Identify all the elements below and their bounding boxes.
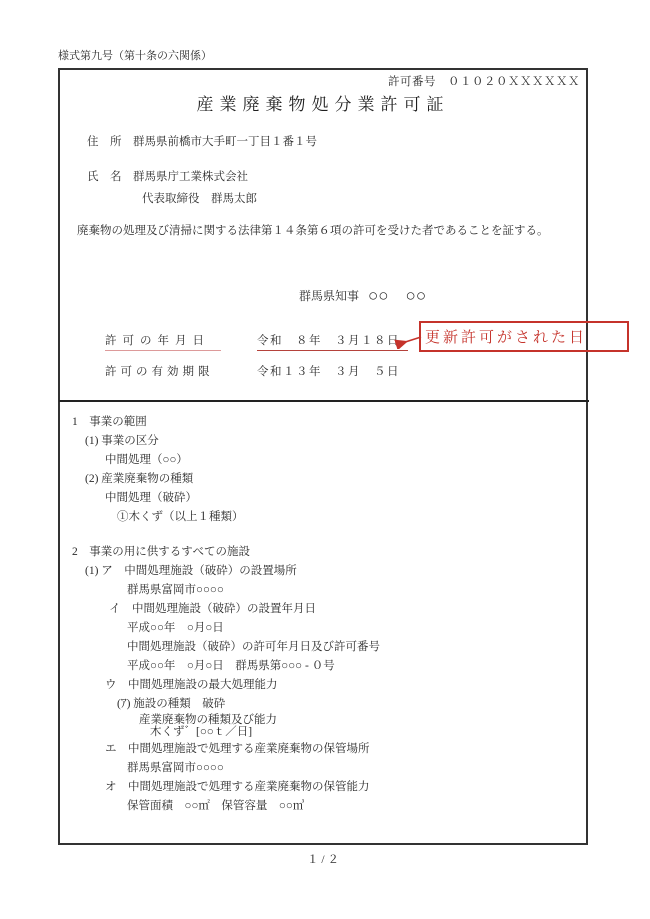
page-number: １ / ２ [58, 851, 588, 867]
permit-date-label: 許可の年月日 [105, 332, 221, 351]
body-line: ①木くず（以上１種類） [117, 510, 244, 524]
section-divider [59, 400, 589, 402]
expiry-date-value: 令和１３年 ３月 ５日 [257, 363, 400, 379]
annotation-text: 更新許可がされた日 [425, 326, 587, 347]
body-line: 中間処理（破砕） [105, 491, 197, 505]
body-line: イ 中間処理施設（破砕）の設置年月日 [109, 602, 316, 616]
body-line: 木くず゛[○○ｔ／日] [150, 725, 252, 739]
governor-name-placeholder-circles: ○○ ○○ [368, 287, 426, 304]
representative-line: 代表取締役 群馬太郎 [142, 192, 257, 206]
body-line: (1) ア 中間処理施設（破砕）の設置場所 [85, 564, 297, 578]
expiry-date-label: 許可の有効期限 [105, 363, 214, 379]
annotation-box: 更新許可がされた日 [419, 321, 629, 352]
body-line: 群馬県富岡市○○○○ [127, 761, 224, 775]
body-line: 保管面積 ○○㎡ 保管容量 ○○㎥ [127, 799, 304, 813]
annotation-arrow-icon [394, 333, 422, 349]
address-line: 住 所 群馬県前橋市大手町一丁目１番１号 [87, 135, 317, 149]
body-line: 中間処理（○○） [105, 453, 188, 467]
body-line: 中間処理施設（破砕）の許可年月日及び許可番号 [127, 640, 380, 654]
governor-label: 群馬県知事 [299, 287, 359, 304]
permit-number: 許可番号 ０１０２０ＸＸＸＸＸＸ [388, 73, 580, 89]
body-line: (ｱ) 施設の種類 破砕 [117, 697, 225, 711]
body-line: ウ 中間処理施設の最大処理能力 [105, 678, 278, 692]
body-line: (2) 産業廃棄物の種類 [85, 472, 193, 486]
section1-heading: 1 事業の範囲 [72, 415, 147, 429]
body-line: 群馬県富岡市○○○○ [127, 583, 224, 597]
body-line: 平成○○年 ○月○日 [127, 621, 224, 635]
body-line: オ 中間処理施設で処理する産業廃棄物の保管能力 [105, 780, 370, 794]
body-line: エ 中間処理施設で処理する産業廃棄物の保管場所 [105, 742, 370, 756]
document-title: 産業廃棄物処分業許可証 [60, 90, 586, 115]
governor-signature-line: 群馬県知事 ○○ ○○ [299, 285, 426, 305]
body-line: 平成○○年 ○月○日 群馬県第○○○ - ０号 [127, 659, 335, 673]
name-line: 氏 名 群馬県庁工業株式会社 [87, 170, 248, 184]
section2-heading: 2 事業の用に供するすべての施設 [72, 545, 250, 559]
certification-text: 廃棄物の処理及び清掃に関する法律第１４条第６項の許可を受けた者であることを証する… [77, 224, 549, 238]
document-page: 様式第九号（第十条の六関係） 許可番号 ０１０２０ＸＸＸＸＸＸ 産業廃棄物処分業… [0, 0, 650, 919]
permit-document-border: 許可番号 ０１０２０ＸＸＸＸＸＸ 産業廃棄物処分業許可証 住 所 群馬県前橋市大… [58, 68, 588, 845]
permit-date-value: 令和 ８年 ３月１８日 [257, 332, 408, 351]
body-line: (1) 事業の区分 [85, 434, 159, 448]
form-style-label: 様式第九号（第十条の六関係） [58, 47, 212, 63]
